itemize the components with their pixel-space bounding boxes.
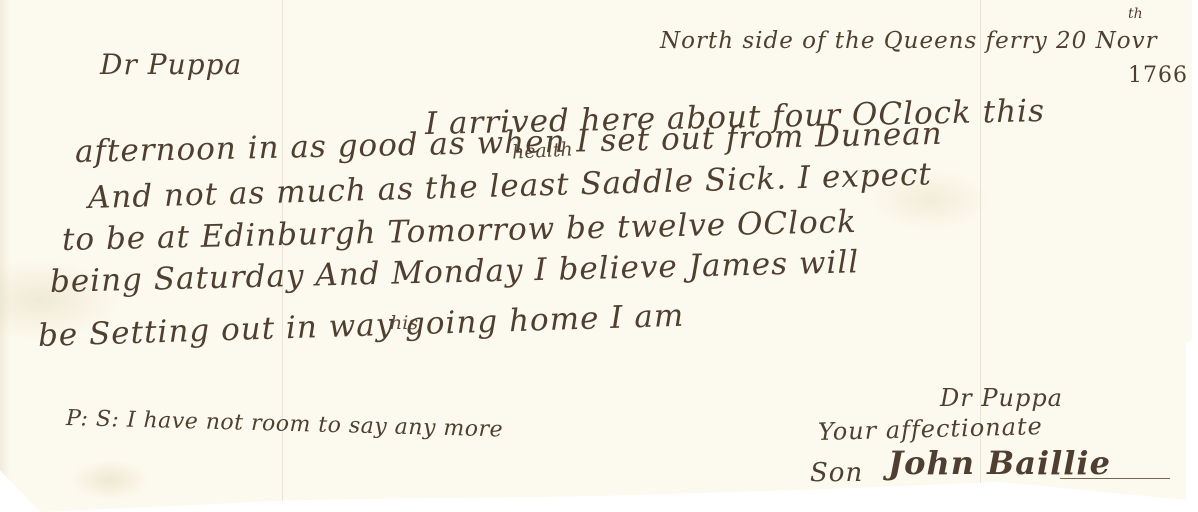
closing-son: Son [810, 458, 863, 488]
day: 20 [1056, 28, 1087, 54]
closing-affection: Your affectionate [818, 412, 1044, 446]
month: Novr [1096, 28, 1158, 54]
day-suffix: th [1128, 6, 1143, 22]
signature-flourish [1060, 478, 1170, 479]
signature: John Baillie [888, 444, 1111, 482]
closing-salutation: Dr Puppa [940, 384, 1063, 412]
salutation: Dr Puppa [100, 48, 242, 81]
place: North side of the Queens ferry [660, 28, 1048, 54]
place-date-line: North side of the Queens ferry 20 Novr [660, 28, 1158, 54]
year: 1766 [1128, 63, 1188, 88]
